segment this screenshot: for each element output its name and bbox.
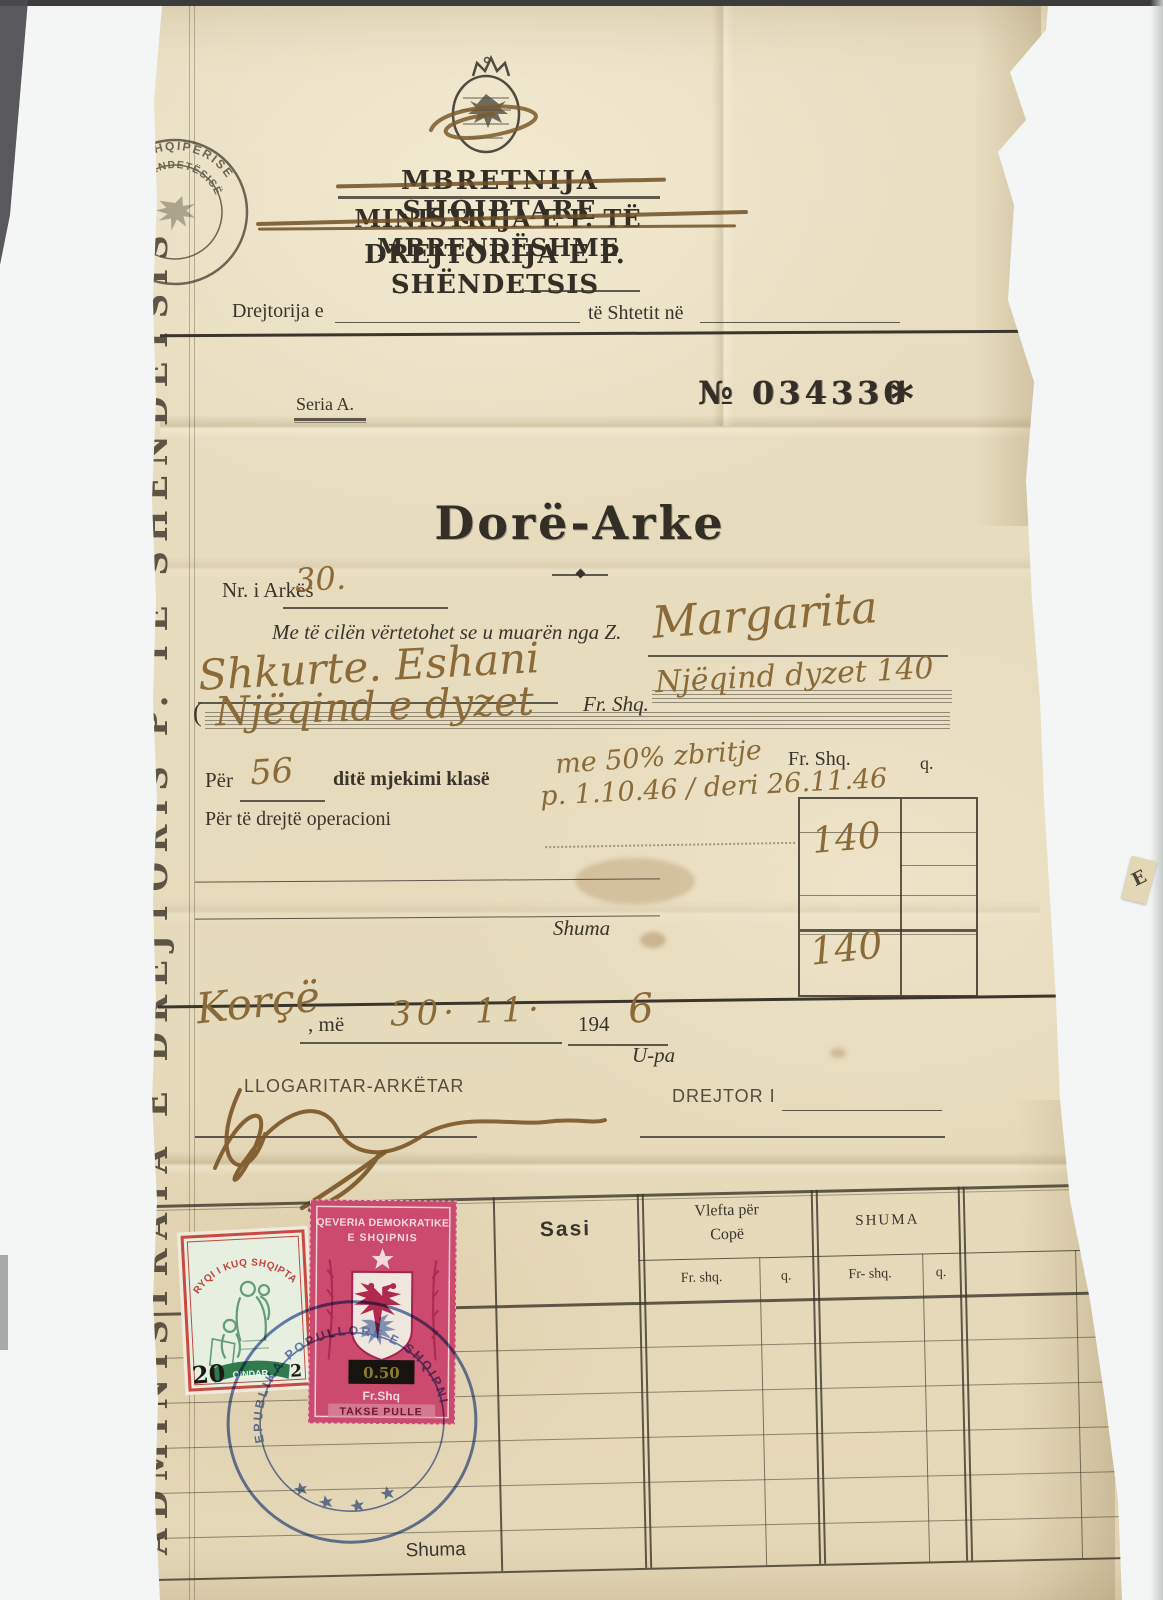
round-stamp-emblem xyxy=(154,193,199,234)
table-subcolumn-line xyxy=(759,1257,767,1565)
series-underline xyxy=(294,422,366,423)
col-vlefta-line1: Vlefta për xyxy=(642,1200,811,1222)
place-handwritten: Korçë xyxy=(194,972,322,1034)
table-subcolumn-line xyxy=(922,1254,930,1562)
table-header-line xyxy=(638,1249,1124,1261)
scanner-left-mark xyxy=(0,1255,8,1350)
operation-label: Për të drejtë operacioni xyxy=(205,808,391,831)
blank-line xyxy=(782,1110,942,1111)
dotted-line xyxy=(545,824,795,848)
fold-crease xyxy=(160,556,1040,580)
ministry-round-stamp: E SHQIPËRISË SHËNDETËSISË xyxy=(88,125,263,300)
scanned-receipt-document: ADMINISTRATA E DREJTORIS P. TË SHËNDETSI… xyxy=(0,0,1163,1600)
table-row-line xyxy=(800,895,976,896)
edge-shadow xyxy=(975,6,1041,526)
blank-line xyxy=(640,1136,945,1138)
stamp-stars xyxy=(293,1463,397,1523)
crown-icon xyxy=(473,58,509,76)
director-label: DREJTOR I xyxy=(672,1086,776,1107)
oval-ink-stamp: REPUBLIKA POPULLORE E SHQIPNIS xyxy=(190,1280,520,1570)
section-rule xyxy=(160,330,1040,338)
payer-name-handwritten: Margarita xyxy=(650,582,879,649)
amount-value-handwritten: 140 xyxy=(810,815,882,862)
scanner-right-shade xyxy=(1150,0,1163,1600)
upa-label: U-pa xyxy=(632,1043,675,1068)
ink-stain xyxy=(575,858,695,904)
eagle-emblem xyxy=(468,94,508,128)
fragment-letter: E xyxy=(1128,866,1150,891)
scanner-corner-shadow xyxy=(0,0,30,280)
table-divider xyxy=(900,799,902,995)
sub-frshq2: Fr- shq. xyxy=(817,1266,922,1284)
me-label: , më xyxy=(308,1012,344,1037)
office-suffix: të Shtetit në xyxy=(588,302,684,325)
asterisk-mark: * xyxy=(890,372,914,426)
sub-frshq: Fr. shq. xyxy=(643,1269,759,1288)
blank-line xyxy=(240,800,325,802)
ornament-rule xyxy=(520,290,640,292)
year-printed: 194 xyxy=(578,1012,610,1037)
coat-of-arms xyxy=(413,50,553,165)
sub-q2: q. xyxy=(922,1265,959,1282)
year-digit-handwritten: 6 xyxy=(626,985,655,1033)
receipt-number-value: 30. xyxy=(294,559,347,600)
per-label: Për xyxy=(205,768,233,793)
paper-sheet: ADMINISTRATA E DREJTORIS P. TË SHËNDETSI… xyxy=(0,0,1163,1600)
series-underline xyxy=(294,418,366,421)
table-row-line xyxy=(900,865,976,866)
office-prefix: Drejtorija e xyxy=(232,300,324,323)
table-right-border xyxy=(1118,1183,1128,1557)
col-shuma: SHUMA xyxy=(816,1211,958,1231)
blank-line xyxy=(335,300,580,323)
sub-q: q. xyxy=(759,1268,812,1285)
red-stamp-line1: QEVERIA DEMOKRATIKE xyxy=(316,1216,449,1229)
series-label: Seria A. xyxy=(296,394,354,415)
document-title: Dorë-Arke xyxy=(420,496,740,550)
col-sasi: Sasi xyxy=(493,1216,638,1243)
blank-line xyxy=(300,1042,562,1044)
total-value-handwritten: 140 xyxy=(808,922,885,973)
paren-mark: ( xyxy=(193,698,202,728)
shuma-label: Shuma xyxy=(553,916,610,941)
printed-underline xyxy=(338,196,660,199)
blank-line xyxy=(700,300,900,323)
ink-stain xyxy=(640,932,666,948)
blank-line xyxy=(283,607,448,609)
days-label: ditë mjekimi klasë xyxy=(333,768,490,791)
table-subcolumn-line xyxy=(1075,1250,1083,1558)
date-handwritten: 30· 11· xyxy=(389,989,544,1034)
col-q-header: q. xyxy=(920,753,934,774)
days-handwritten: 56 xyxy=(249,751,295,794)
red-stamp-line2: E SHQIPNIS xyxy=(348,1232,418,1245)
scanner-top-edge xyxy=(0,0,1163,6)
ink-stain xyxy=(830,1048,846,1058)
col-vlefta-line2: Copë xyxy=(642,1224,811,1246)
serial-number: № 034330 xyxy=(698,374,910,412)
